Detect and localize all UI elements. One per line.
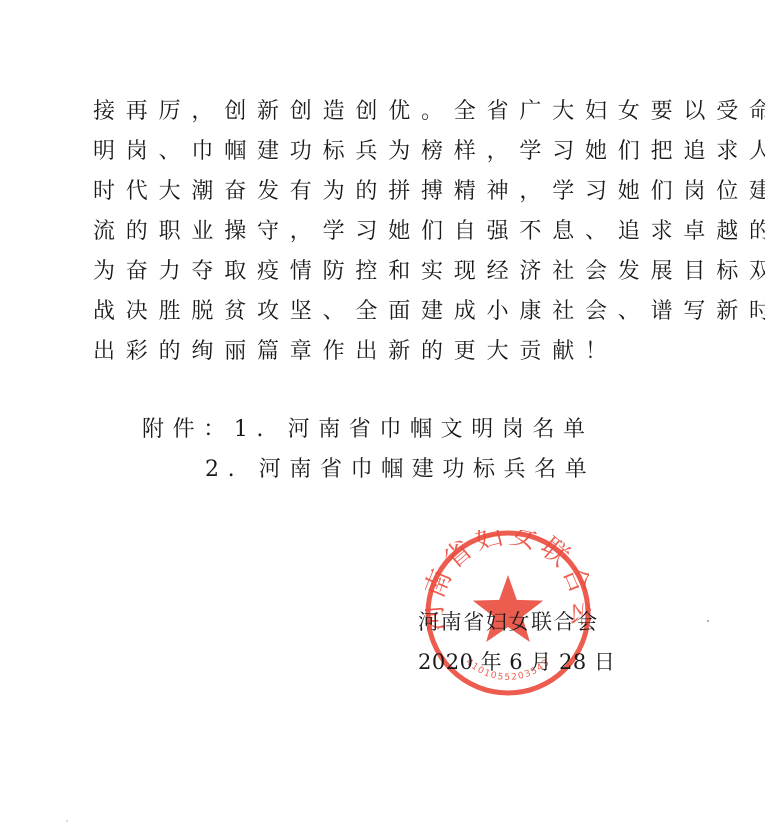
document-page: 接再厉，创新创造创优。全省广大妇女要以受命名的巾帼文 明岗、巾帼建功标兵为榜样，… (0, 0, 765, 837)
body-line: 明岗、巾帼建功标兵为榜样，学习她们把追求人生梦想寓于 (93, 136, 693, 176)
attachments-label: 附件： (142, 417, 234, 442)
body-line: 时代大潮奋发有为的拼搏精神，学习她们岗位建功、争创一 (93, 176, 693, 216)
body-line: 战决胜脱贫攻坚、全面建成小康社会、谱写新时代中原更加 (93, 296, 693, 336)
scan-speck (66, 820, 68, 822)
attachment-title: 2. 河南省巾帼建功标兵名单 (205, 457, 595, 482)
signing-date: 2020 年 6 月 28 日 (418, 646, 615, 678)
signature-block: 河南省妇女联合会 2020 年 6 月 28 日 (418, 606, 615, 678)
scan-speck (707, 620, 709, 622)
body-line: 接再厉，创新创造创优。全省广大妇女要以受命名的巾帼文 (93, 96, 693, 136)
body-line: 为奋力夺取疫情防控和实现经济社会发展目标双胜利，为决 (93, 256, 693, 296)
body-line: 出彩的绚丽篇章作出新的更大贡献！ (93, 336, 693, 376)
body-paragraph: 接再厉，创新创造创优。全省广大妇女要以受命名的巾帼文 明岗、巾帼建功标兵为榜样，… (93, 96, 693, 376)
body-line: 流的职业操守，学习她们自强不息、追求卓越的高尚品质， (93, 216, 693, 256)
attachment-item-1: 附件：1. 河南省巾帼文明岗名单 (142, 414, 595, 454)
attachment-item-2: 2. 河南省巾帼建功标兵名单 (142, 454, 595, 494)
attachments-list: 附件：1. 河南省巾帼文明岗名单 2. 河南省巾帼建功标兵名单 (142, 414, 595, 494)
signing-organization: 河南省妇女联合会 (418, 606, 615, 646)
attachment-title: 1. 河南省巾帼文明岗名单 (234, 417, 594, 442)
